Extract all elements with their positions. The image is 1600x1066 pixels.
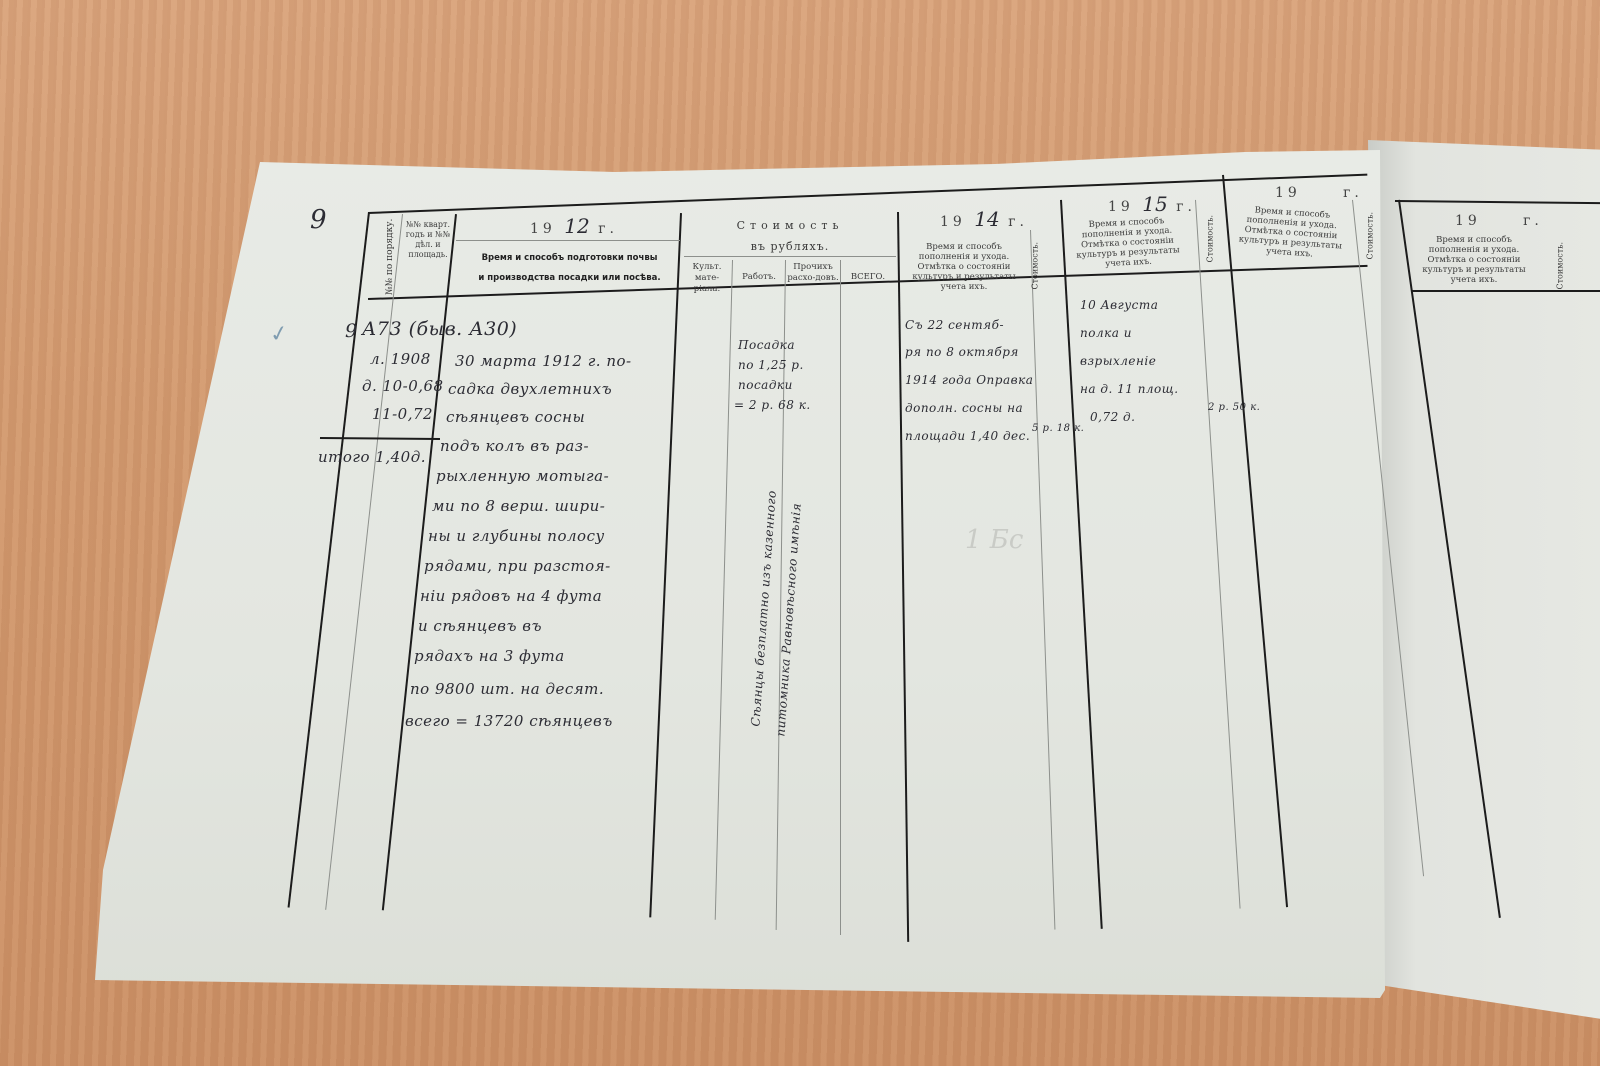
header-cost-work: Работъ. <box>734 272 784 283</box>
cost-1915: 2 р. 50 к. <box>1208 402 1260 413</box>
header-year-1915: 19 15 г. <box>1108 192 1196 216</box>
entry-quarter-total: итого 1,40д. <box>318 448 426 466</box>
thin-line <box>715 260 733 920</box>
header-cost-blank-1: Стоимость. <box>1366 200 1375 260</box>
header-year-blank-2: 19 г. <box>1455 206 1543 230</box>
header-year-1914: 19 14 г. <box>940 207 1028 231</box>
subtotal-line <box>320 437 440 440</box>
header-care-blank-2: Время и способъ пополненія и ухода. Отмѣ… <box>1415 235 1533 285</box>
prep-line: ніи рядовъ на 4 фута <box>420 587 602 605</box>
thin-line <box>456 240 680 241</box>
header-cost-1914: Стоимость. <box>1031 230 1040 290</box>
prep-line: и сѣянцевъ въ <box>418 617 542 635</box>
entry-quarter-line-4: 11-0,72 <box>372 405 433 423</box>
header-cost-blank-2: Стоимость. <box>1556 230 1565 290</box>
thin-line <box>1030 230 1055 930</box>
work-cost-line-3: посадки <box>738 378 793 392</box>
notes-1915-line-1: 10 Августа <box>1080 298 1158 312</box>
prep-line: по 9800 шт. на десят. <box>410 680 604 698</box>
notes-1914-line-2: ря по 8 октября <box>905 345 1019 359</box>
header-top-line <box>368 174 1367 214</box>
col-line-cost <box>649 213 682 917</box>
faint-pencil-mark: 1 Бс <box>965 525 1023 555</box>
header-prep-line1: Время и способъ подготовки почвы <box>462 253 677 264</box>
header-cost-total: ВСЕГО. <box>842 272 894 283</box>
header-cost-1915: Стоимость. <box>1206 203 1215 263</box>
work-cost-line-4: = 2 р. 68 к. <box>734 398 811 412</box>
header-cost-subtitle: въ рубляхъ. <box>700 241 880 252</box>
header-care-blank-1: Время и способъ пополненія и ухода. Отмѣ… <box>1230 204 1351 262</box>
prep-line: ми по 8 верш. шири- <box>432 497 605 515</box>
notes-1915-line-5: 0,72 д. <box>1090 410 1135 424</box>
header-quarter-info: №№ кварт. годъ и №№ дѣл. и площадь. <box>402 220 454 260</box>
entry-quarter-line-2: л. 1908 <box>370 350 431 368</box>
work-cost-line-1: Посадка <box>738 338 795 352</box>
frame-left-line <box>288 212 370 908</box>
entry-number: 9 <box>345 320 358 342</box>
header-care-1915: Время и способъ пополненія и ухода. Отмѣ… <box>1064 215 1191 271</box>
prep-line: садка двухлетнихъ <box>448 380 612 398</box>
entry-quarter-line-1: А73 (быв. А30) <box>362 318 517 340</box>
prep-line: подъ колъ въ раз- <box>440 437 589 455</box>
col-line-facing <box>1398 200 1501 918</box>
work-cost-line-2: по 1,25 р. <box>738 358 804 372</box>
thin-line <box>684 256 896 257</box>
prep-line: рядахъ на 3 фута <box>414 647 565 665</box>
header-year-1912: 19 12 г. <box>530 214 618 238</box>
prep-line: рядами, при разстоя- <box>424 557 611 575</box>
cost-1914: 5 р. 18 к. <box>1032 423 1084 434</box>
page-marker: 9 <box>310 205 327 235</box>
prep-line: всего = 13720 сѣянцевъ <box>405 712 613 730</box>
prep-line: 30 марта 1912 г. по- <box>455 352 632 370</box>
header-cost-title: Стоимость <box>700 220 880 231</box>
notes-1914-line-3: 1914 года Оправка <box>905 373 1033 387</box>
header-prep-line2: и производства посадки или посѣва. <box>462 273 677 284</box>
header-cost-other: Прочихъ расхо-довъ. <box>787 262 839 284</box>
notes-1914-line-5: площади 1,40 дес. <box>905 429 1030 443</box>
header-row-number: №№ по порядку. <box>385 205 395 295</box>
prep-line: сѣянцевъ сосны <box>446 408 585 426</box>
header-year-blank-1: 19 г. <box>1275 178 1363 202</box>
notes-1915-line-4: на д. 11 площ. <box>1080 382 1179 396</box>
notes-1915-line-2: полка и <box>1080 326 1132 340</box>
facing-header-top-line <box>1395 200 1600 204</box>
entry-quarter-line-3: д. 10-0,68 <box>362 377 444 395</box>
header-care-1914: Время и способъ пополненія и ухода. Отмѣ… <box>903 242 1025 292</box>
notes-1915-line-3: взрыхленіе <box>1080 354 1156 368</box>
prep-line: рыхленную мотыга- <box>436 467 609 485</box>
thin-line <box>840 260 841 935</box>
header-cost-material: Культ. мате-ріала. <box>684 262 730 295</box>
notes-1914-line-1: Съ 22 сентяб- <box>905 318 1004 332</box>
notes-1914-line-4: дополн. сосны на <box>905 401 1023 415</box>
prep-line: ны и глубины полосу <box>428 527 605 545</box>
facing-header-bottom-line <box>1412 290 1600 292</box>
